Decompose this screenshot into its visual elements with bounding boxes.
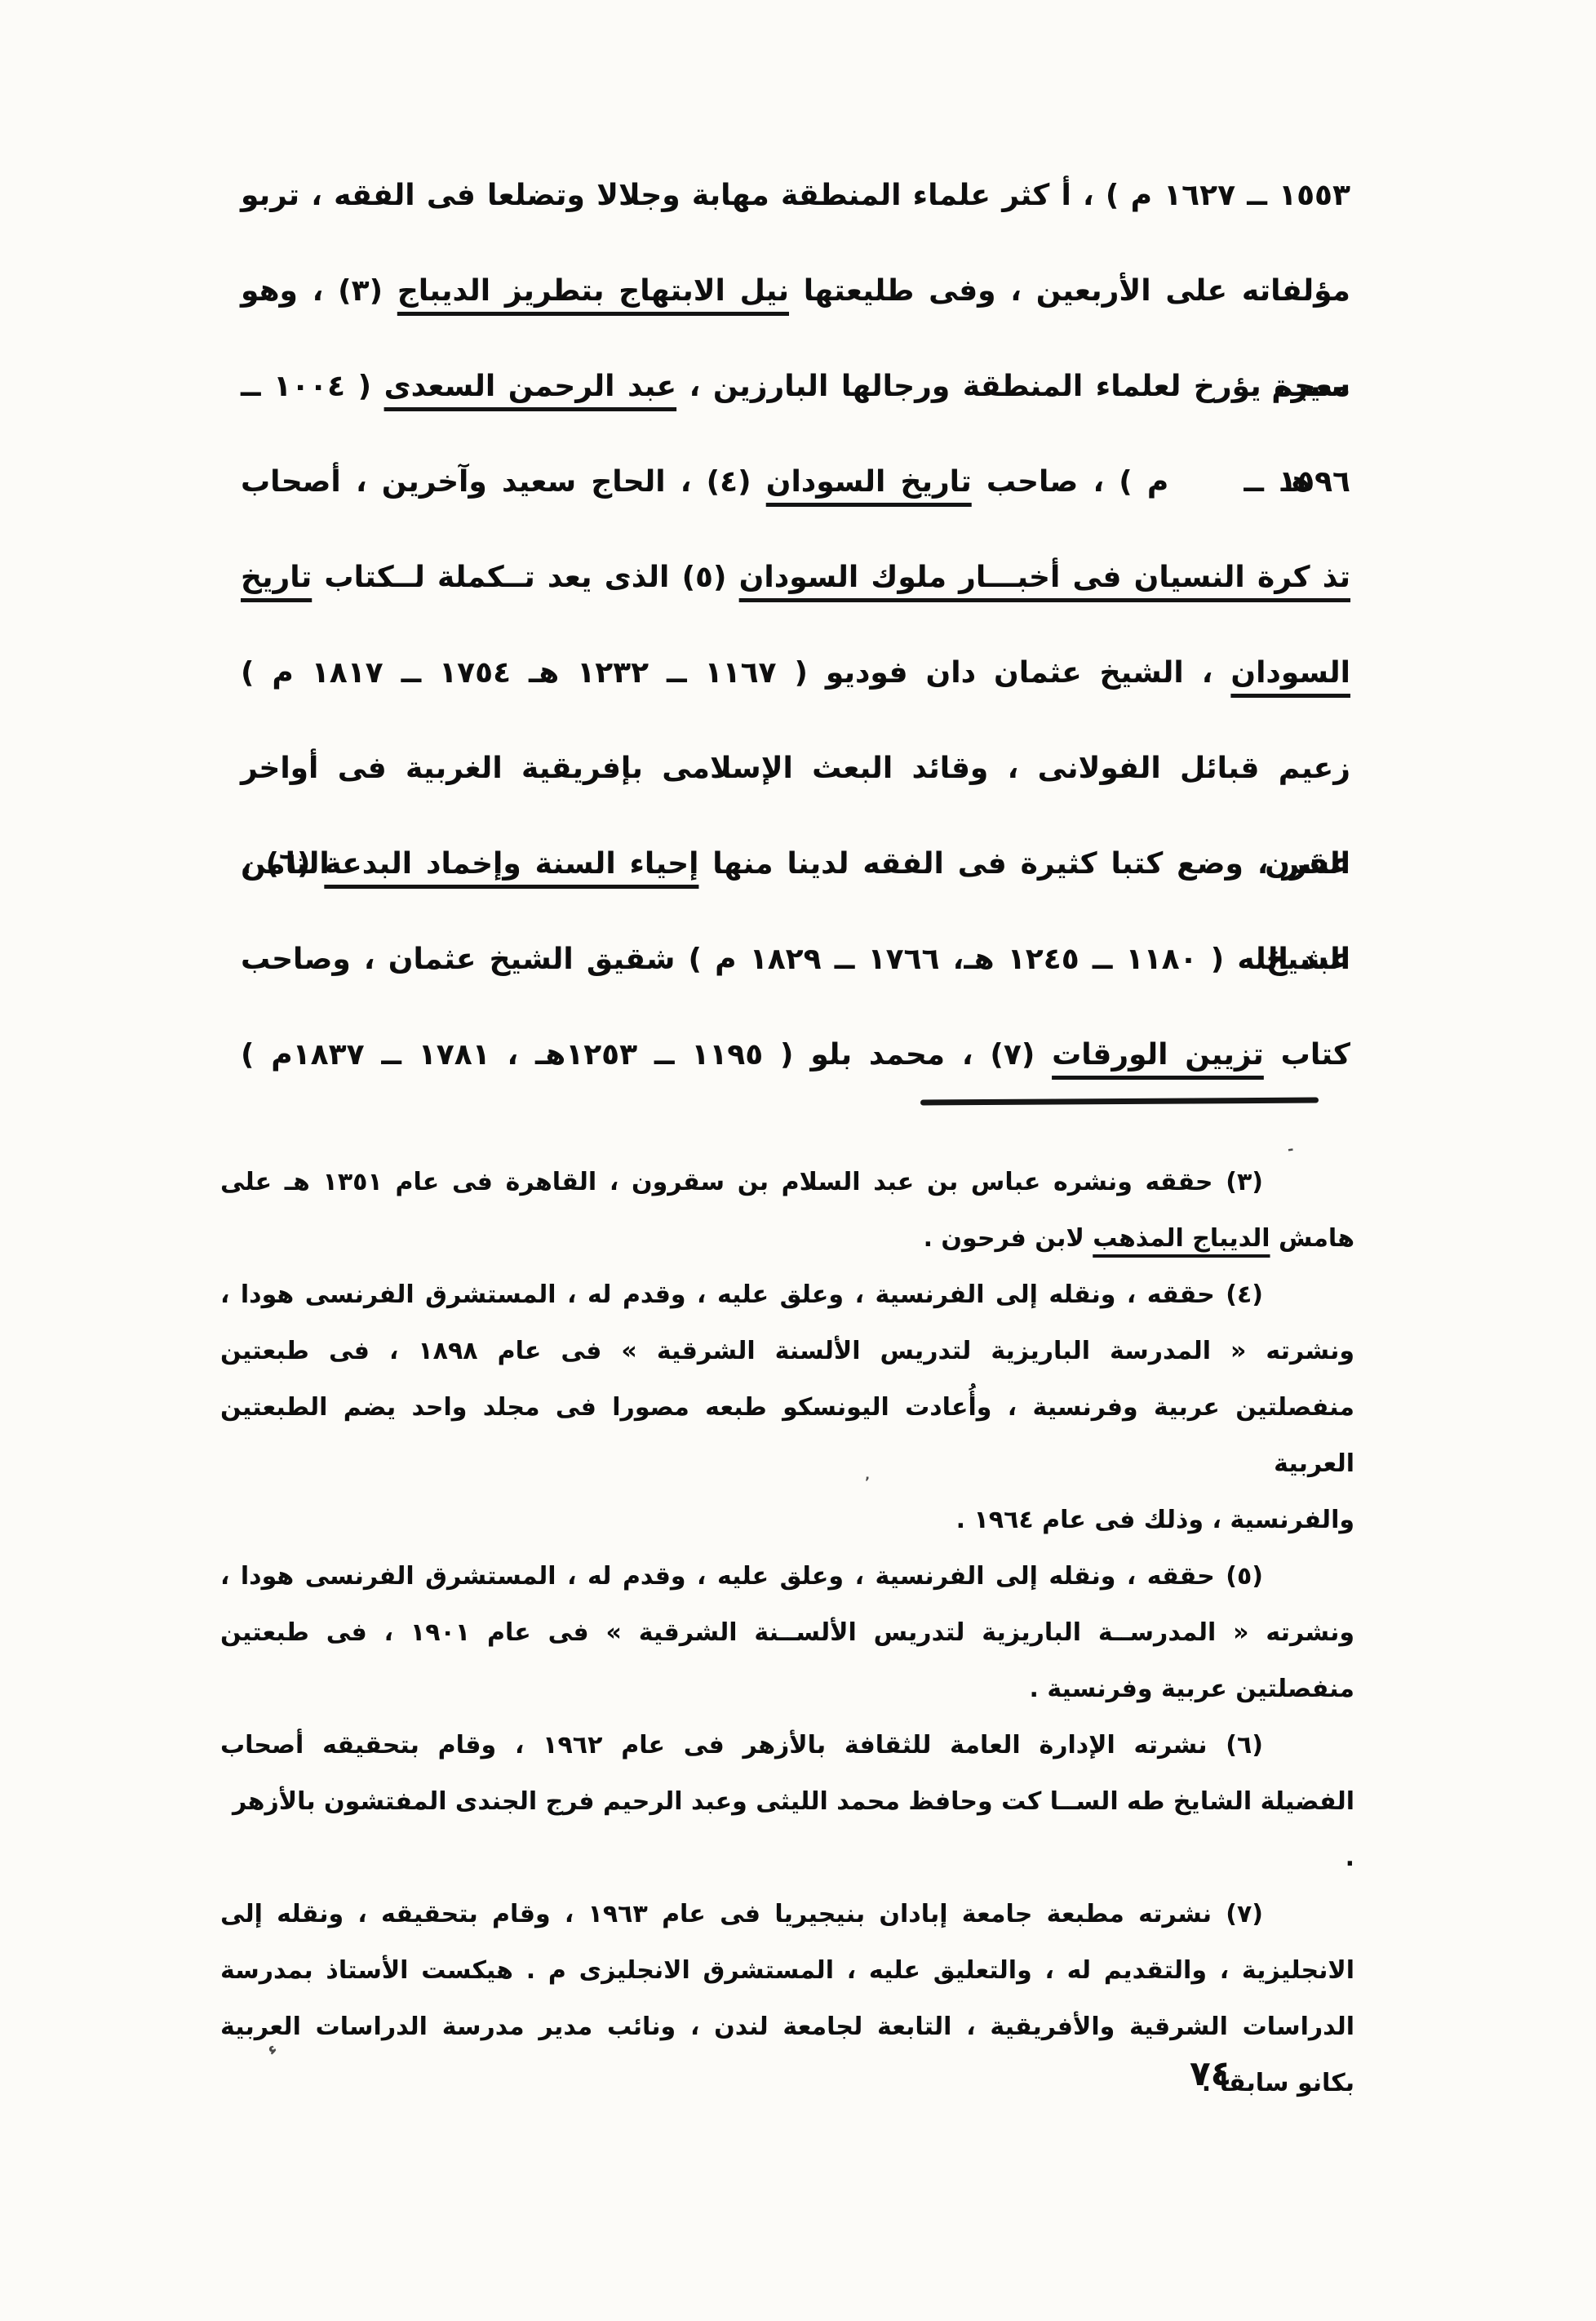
footnote-line: الانجليزية ، والتقديم له ، والتعليق عليه… (220, 1942, 1354, 1999)
footnote-line: بكانو سابقا . (220, 2055, 1354, 2111)
line-text: كتاب (1264, 1038, 1350, 1072)
main-text-block: ١٥٥٣ ــ ١٦٢٧ م ) ، أ كثر علماء المنطقة م… (241, 148, 1350, 1103)
line-text: عبد الله ( ١١٨٠ ــ ١٢٤٥ هـ، ١٧٦٦ ــ ١٨٢٩… (241, 943, 1350, 976)
text-line: ١٥٥٣ ــ ١٦٢٧ م ) ، أ كثر علماء المنطقة م… (241, 148, 1350, 243)
book-title-underlined: تاريخ السودان (766, 465, 972, 499)
ink-artifact: - (1287, 1141, 1295, 1159)
footnote-line: والفرنسية ، وذلك فى عام ١٩٦٤ . (220, 1492, 1354, 1548)
footnote-line: الدراسات الشرقية والأفريقية ، التابعة لج… (220, 1999, 1354, 2055)
footnote-text: هامش (1270, 1224, 1355, 1253)
text-line: تذ كرة النسيان فى أخبـــار ملوك السودان … (241, 530, 1350, 625)
book-title-underlined: نيل الابتهاج بتطريز الديباج (397, 274, 789, 308)
scanned-page: ١٥٥٣ ــ ١٦٢٧ م ) ، أ كثر علماء المنطقة م… (0, 0, 1596, 2321)
ink-artifact: ٬ (865, 1474, 870, 1489)
text-line: كتاب تزيين الورقات (٧) ، محمد بلو ( ١١٩٥… (241, 1007, 1350, 1103)
footnote-line: هامش الديباج المذهب لابن فرحون . (220, 1210, 1354, 1267)
page-number: ٧٤ (1190, 2053, 1231, 2093)
line-text: مؤلفاته على الأربعين ، وفى طليعتها (789, 274, 1350, 308)
author-name-underlined: عبد الرحمن السعدى (384, 370, 677, 403)
text-line: السودان ، الشيخ عثمان دان فوديو ( ١١٦٧ ـ… (241, 625, 1350, 721)
footnote-line: (٥) حققه ، ونقله إلى الفرنسية ، وعلق علي… (220, 1548, 1354, 1604)
line-text: ١٥٥٣ ــ ١٦٢٧ م ) ، أ كثر علماء المنطقة م… (241, 179, 1350, 212)
footnote-line: (٧) نشرته مطبعة جامعة إبادان بنيجيريا فى… (220, 1886, 1354, 1942)
book-title-underlined: السودان (1230, 656, 1350, 690)
line-text: (٤) ، الحاج سعيد وآخرين ، أصحاب (241, 465, 766, 499)
text-line: عشر ، وضع كتبا كثيرة فى الفقه لدينا منها… (241, 816, 1350, 912)
book-title-underlined: الديباج المذهب (1093, 1224, 1270, 1253)
footnote-line: ونشرته « المدرسة الباريزية لتدريس الألسن… (220, 1323, 1354, 1379)
text-line: عبد الله ( ١١٨٠ ــ ١٢٤٥ هـ، ١٧٦٦ ــ ١٨٢٩… (241, 912, 1350, 1007)
book-title-underlined: تزيين الورقات (1052, 1038, 1264, 1072)
book-title-underlined: تذ كرة النسيان فى أخبـــار ملوك السودان (739, 561, 1350, 594)
footnote-line: الفضيلة الشايخ طه الســا كت وحافظ محمد ا… (220, 1773, 1354, 1886)
line-text: سيرة يؤرخ لعلماء المنطقة ورجالها البارزي… (676, 370, 1350, 403)
text-line: ١٥٩٦ ــم ) ، صاحب تاريخ السودان (٤) ، ال… (241, 434, 1350, 530)
line-text: م ) ، صاحب (972, 465, 1169, 499)
footnote-line: (٦) نشرته الإدارة العامة للثقافة بالأزهر… (220, 1717, 1354, 1773)
line-text: عشر ، وضع كتبا كثيرة فى الفقه لدينا منها (698, 847, 1350, 881)
footnote-text: لابن فرحون . (924, 1224, 1093, 1253)
text-line: مؤلفاته على الأربعين ، وفى طليعتها نيل ا… (241, 243, 1350, 339)
footnote-line: (٣) حققه ونشره عباس بن عبد السلام بن سقر… (220, 1154, 1354, 1210)
text-line: زعيم قبائل الفولانى ، وقائد البعث الإسلا… (241, 721, 1350, 816)
line-text: ، الشيخ عثمان دان فوديو ( ١١٦٧ ــ ١٢٣٢ ه… (241, 656, 1230, 690)
book-title-underlined: تاريخ (241, 561, 312, 594)
line-text: (٧) ، محمد بلو ( ١١٩٥ ــ ١٢٥٣هـ ، ١٧٨١ ـ… (241, 1038, 1052, 1072)
footnote-line: (٤) حققه ، ونقله إلى الفرنسية ، وعلق علي… (220, 1267, 1354, 1323)
footnote-line: منفصلتين عربية وفرنسية . (220, 1661, 1354, 1717)
footnote-line: ونشرته « المدرســة الباريزية لتدريس الأل… (220, 1604, 1354, 1661)
book-title-underlined: إحياء السنة وإخماد البدعة (324, 847, 698, 881)
text-line: سيرة يؤرخ لعلماء المنطقة ورجالها البارزي… (241, 339, 1350, 434)
line-text: ١٥٩٦ ــ (1244, 465, 1350, 499)
line-text: (٥) الذى يعد تــكملة لــكتاب (312, 561, 738, 594)
line-text: ( ١٠٠٤ ــ (241, 370, 384, 403)
footnotes-block: (٣) حققه ونشره عباس بن عبد السلام بن سقر… (220, 1154, 1354, 2111)
footnote-line: منفصلتين عربية وفرنسية ، وأُعادت اليونسك… (220, 1379, 1354, 1492)
